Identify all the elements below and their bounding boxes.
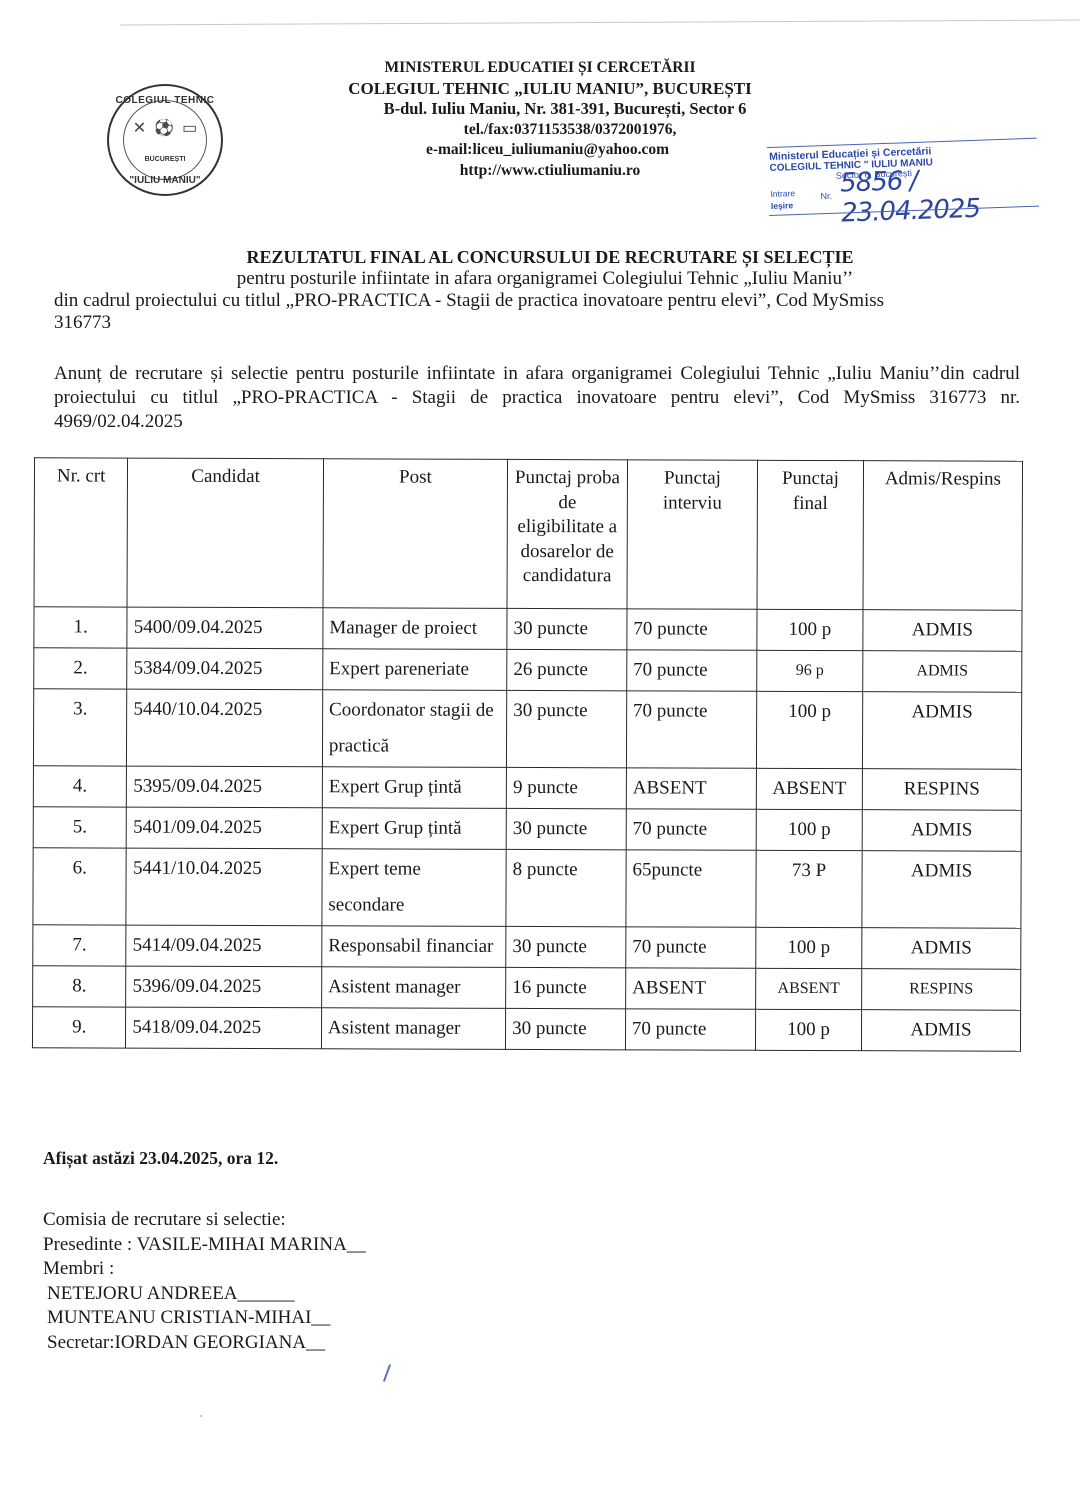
cell-final: ABSENT (756, 968, 862, 1009)
cell-eligibilitate: 16 puncte (506, 967, 626, 1008)
cell-nr: 8. (33, 966, 127, 1007)
cell-post: Manager de proiect (323, 608, 507, 650)
cell-rezultat: ADMIS (863, 651, 1022, 693)
scan-artifact (200, 1415, 202, 1417)
header-eligibilitate: Punctaj proba de eligibilitate a dosarel… (507, 459, 627, 608)
posted-date: Afișat astăzi 23.04.2025, ora 12. (43, 1148, 278, 1169)
cell-nr: 1. (34, 607, 128, 648)
cell-eligibilitate: 30 puncte (506, 926, 626, 967)
title-project-code: 316773 (0, 312, 1080, 334)
stamp-iesire: Ieșire (771, 200, 794, 211)
cell-nr: 4. (33, 766, 127, 807)
table-row: 6.5441/10.04.2025Expert teme secondare8 … (33, 848, 1021, 928)
document-title: REZULTATUL FINAL AL CONCURSULUI DE RECRU… (0, 246, 1080, 268)
scan-edge-line (120, 19, 1080, 25)
cell-candidat: 5384/09.04.2025 (127, 648, 323, 690)
cell-rezultat: RESPINS (862, 969, 1021, 1011)
table-row: 9.5418/09.04.2025Asistent manager30 punc… (32, 1007, 1020, 1051)
table-row: 3.5440/10.04.2025Coordonator stagii de p… (33, 689, 1021, 769)
table-row: 7.5414/09.04.2025Responsabil financiar30… (33, 925, 1021, 969)
cell-eligibilitate: 8 puncte (506, 849, 626, 926)
cell-nr: 7. (33, 925, 127, 966)
cell-eligibilitate: 30 puncte (506, 808, 626, 849)
commission-secretary: Secretar:IORDAN GEORGIANA__ (43, 1331, 366, 1356)
cell-candidat: 5396/09.04.2025 (126, 966, 322, 1008)
results-table: Nr. crt Candidat Post Punctaj proba de e… (32, 457, 1023, 1051)
stamp-handwritten-number: 5856 / 23.04.2025 (840, 161, 1060, 229)
cell-interviu: 70 puncte (627, 650, 757, 691)
cell-rezultat: ADMIS (862, 692, 1021, 770)
cell-candidat: 5401/09.04.2025 (127, 807, 323, 849)
cell-eligibilitate: 30 puncte (506, 1008, 626, 1049)
table-row: 1.5400/09.04.2025Manager de proiect30 pu… (34, 607, 1022, 651)
header-final: Punctaj final (757, 460, 863, 609)
table-row: 2.5384/09.04.2025Expert pareneriate26 pu… (34, 648, 1022, 692)
cell-nr: 9. (32, 1007, 126, 1048)
cell-final: 100 p (757, 609, 863, 650)
cell-nr: 2. (34, 648, 128, 689)
cell-candidat: 5418/09.04.2025 (126, 1007, 322, 1049)
cell-interviu: 70 puncte (626, 809, 756, 850)
cell-interviu: ABSENT (626, 968, 756, 1009)
cell-final: 100 p (756, 809, 862, 850)
cell-candidat: 5441/10.04.2025 (126, 848, 322, 926)
ministry-name: MINISTERUL EDUCATIEI ȘI CERCETĂRII (0, 58, 1080, 79)
cell-post: Asistent manager (322, 967, 506, 1009)
cell-interviu: 70 puncte (626, 691, 756, 768)
cell-final: 100 p (756, 1009, 862, 1050)
cell-nr: 6. (33, 848, 127, 925)
cell-candidat: 5400/09.04.2025 (127, 607, 323, 649)
cell-post: Coordonator stagii de practică (322, 690, 506, 768)
cell-eligibilitate: 9 puncte (506, 767, 626, 808)
title-project-line: din cadrul proiectului cu titlul „PRO-PR… (0, 290, 1080, 312)
commission-title: Comisia de recrutare si selectie: (43, 1208, 366, 1233)
document-title-block: REZULTATUL FINAL AL CONCURSULUI DE RECRU… (0, 246, 1080, 334)
school-address: B-dul. Iuliu Maniu, Nr. 381-391, Bucureș… (0, 99, 1080, 120)
cell-post: Expert pareneriate (323, 649, 507, 691)
cell-post: Expert Grup țintă (322, 808, 506, 850)
cell-post: Expert Grup țintă (322, 767, 506, 809)
cell-post: Responsabil financiar (322, 926, 506, 968)
header-nr: Nr. crt (34, 458, 128, 607)
cell-interviu: 70 puncte (627, 609, 757, 650)
stamp-intrare: Intrare (770, 188, 795, 199)
cell-nr: 3. (33, 689, 127, 766)
table-row: 8.5396/09.04.2025Asistent manager16 punc… (33, 966, 1021, 1010)
header-post: Post (323, 459, 508, 609)
cell-interviu: 70 puncte (625, 1009, 755, 1050)
signature-mark (383, 1364, 391, 1382)
table-header-row: Nr. crt Candidat Post Punctaj proba de e… (34, 458, 1023, 610)
cell-interviu: ABSENT (626, 768, 756, 809)
school-name: COLEGIUL TEHNIC „IULIU MANIU”, BUCUREȘTI (0, 79, 1080, 100)
table-row: 5.5401/09.04.2025Expert Grup țintă30 pun… (33, 807, 1021, 851)
header-rezultat: Admis/Respins (863, 461, 1023, 611)
cell-candidat: 5395/09.04.2025 (127, 766, 323, 808)
cell-rezultat: ADMIS (861, 1010, 1020, 1052)
cell-nr: 5. (33, 807, 127, 848)
commission-members-label: Membri : (43, 1257, 366, 1282)
cell-eligibilitate: 30 puncte (507, 608, 627, 649)
title-subline: pentru posturile infiintate in afara org… (0, 268, 1080, 290)
stamp-nr-label: Nr. (820, 191, 832, 201)
cell-final: 96 p (757, 650, 863, 691)
cell-final: 100 p (757, 691, 863, 768)
cell-rezultat: ADMIS (862, 810, 1021, 852)
cell-final: 73 P (756, 850, 862, 927)
header-interviu: Punctaj interviu (627, 460, 758, 609)
cell-rezultat: ADMIS (862, 851, 1021, 929)
cell-candidat: 5414/09.04.2025 (126, 925, 322, 967)
cell-rezultat: ADMIS (863, 610, 1022, 652)
cell-rezultat: ADMIS (862, 928, 1021, 970)
cell-post: Expert teme secondare (322, 849, 506, 927)
cell-post: Asistent manager (321, 1008, 505, 1050)
cell-candidat: 5440/10.04.2025 (127, 689, 323, 767)
cell-final: 100 p (756, 927, 862, 968)
cell-eligibilitate: 26 puncte (507, 649, 627, 690)
registration-stamp: Ministerul Educației și Cercetării COLEG… (767, 133, 1060, 223)
header-candidat: Candidat (127, 458, 323, 608)
commission-member: NETEJORU ANDREEA______ (43, 1282, 366, 1307)
cell-rezultat: RESPINS (862, 769, 1021, 811)
commission-member: MUNTEANU CRISTIAN-MIHAI__ (43, 1306, 366, 1331)
cell-interviu: 65puncte (626, 850, 756, 927)
commission-president: Presedinte : VASILE-MIHAI MARINA__ (43, 1233, 366, 1258)
table-row: 4.5395/09.04.2025Expert Grup țintă9 punc… (33, 766, 1021, 810)
cell-interviu: 70 puncte (626, 927, 756, 968)
cell-eligibilitate: 30 puncte (507, 690, 627, 767)
announcement-paragraph: Anunț de recrutare și selectie pentru po… (54, 362, 1020, 434)
cell-final: ABSENT (756, 768, 862, 809)
commission-block: Comisia de recrutare si selectie: Presed… (43, 1208, 366, 1355)
